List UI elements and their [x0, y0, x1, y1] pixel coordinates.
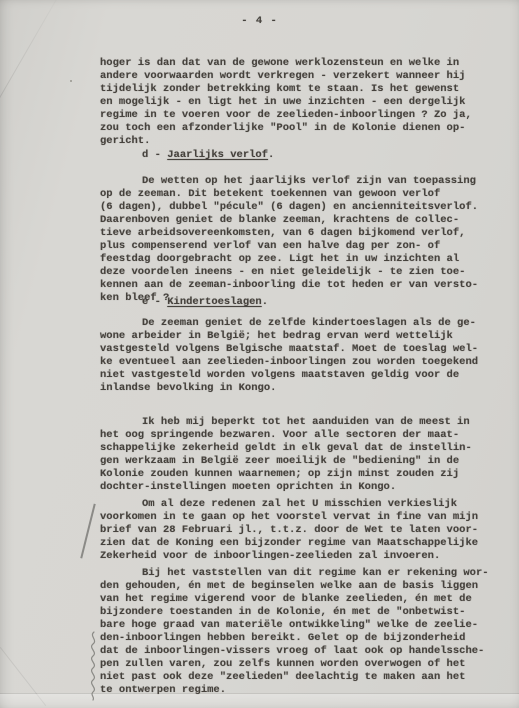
section-heading-d: d - Jaarlijks verlof.: [142, 149, 274, 162]
section-period-d: .: [268, 149, 274, 161]
section-letter-e: e -: [142, 296, 167, 308]
section-title-d: Jaarlijks verlof: [167, 149, 268, 161]
margin-slash-mark: [80, 504, 95, 559]
paragraph-regime-considerations: Bij het vaststellen van dit regime kan e…: [100, 567, 489, 697]
section-period-e: .: [262, 296, 268, 308]
paragraph-continuation: hoger is dan dat van de gewone werklozen…: [100, 57, 472, 148]
paragraph-proposal: Om al deze redenen zal het U misschien v…: [100, 498, 478, 563]
paper-speck: [70, 80, 72, 82]
section-title-e: Kindertoeslagen: [167, 296, 262, 308]
page-number: - 4 -: [0, 15, 519, 27]
paragraph-objections-summary: Ik heb mij beperkt tot het aanduiden van…: [100, 416, 472, 494]
margin-squiggle-mark: [87, 631, 99, 701]
paragraph-annual-leave: De wetten op het jaarlijks verlof zijn v…: [100, 175, 478, 305]
section-heading-e: e - Kindertoeslagen.: [142, 296, 268, 309]
document-page: - 4 - hoger is dan dat van de gewone wer…: [0, 0, 519, 708]
paragraph-child-allowances: De zeeman geniet de zelfde kindertoeslag…: [100, 317, 478, 395]
section-letter-d: d -: [142, 149, 167, 161]
